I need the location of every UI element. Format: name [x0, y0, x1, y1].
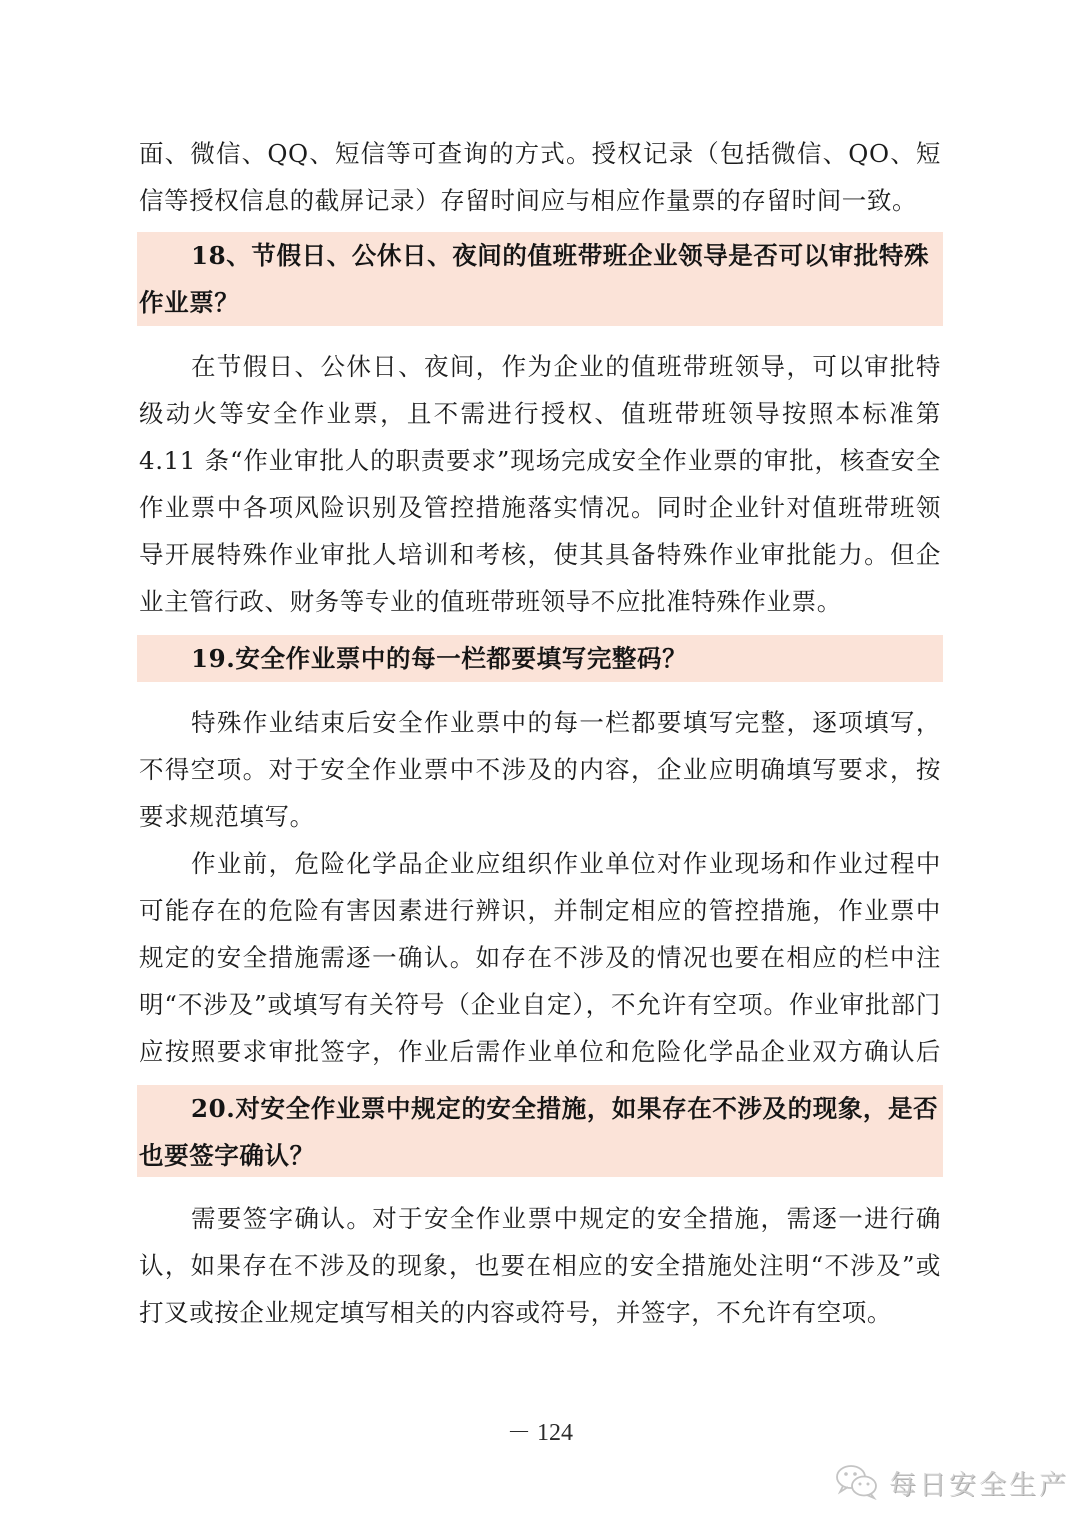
- question-text: 20.对安全作业票中规定的安全措施，如果存在不涉及的现象，是否也要签字确认？: [139, 1085, 941, 1179]
- answer-block-19: 特殊作业结束后安全作业票中的每一栏都要填写完整，逐项填写，不得空项。对于安全作业…: [137, 699, 943, 1122]
- watermark-text: 每日安全生产: [889, 1463, 1069, 1502]
- paragraph: 需要签字确认。对于安全作业票中规定的安全措施，需逐一进行确认，如果存在不涉及的现…: [137, 1195, 943, 1336]
- question-text: 19.安全作业票中的每一栏都要填写完整码？: [139, 635, 941, 682]
- question-heading-19: 19.安全作业票中的每一栏都要填写完整码？: [137, 635, 943, 682]
- question-heading-18: 18、节假日、公休日、夜间的值班带班企业领导是否可以审批特殊作业票？: [137, 232, 943, 326]
- question-text: 18、节假日、公休日、夜间的值班带班企业领导是否可以审批特殊作业票？: [139, 232, 941, 326]
- answer-block-18: 在节假日、公休日、夜间，作为企业的值班带班领导，可以审批特级动火等安全作业票，且…: [137, 343, 943, 625]
- paragraph: 作业前，危险化学品企业应组织作业单位对作业现场和作业过程中可能存在的危险有害因素…: [137, 840, 943, 1122]
- document-page: 面、微信、QQ、短信等可查询的方式。授权记录（包括微信、QO、短信等授权信息的截…: [0, 0, 1080, 1528]
- paragraph: 在节假日、公休日、夜间，作为企业的值班带班领导，可以审批特级动火等安全作业票，且…: [137, 343, 943, 625]
- paragraph: 面、微信、QQ、短信等可查询的方式。授权记录（包括微信、QO、短信等授权信息的截…: [137, 130, 943, 224]
- question-heading-20: 20.对安全作业票中规定的安全措施，如果存在不涉及的现象，是否也要签字确认？: [137, 1085, 943, 1177]
- paragraph: 特殊作业结束后安全作业票中的每一栏都要填写完整，逐项填写，不得空项。对于安全作业…: [137, 699, 943, 840]
- intro-continuation-block: 面、微信、QQ、短信等可查询的方式。授权记录（包括微信、QO、短信等授权信息的截…: [137, 130, 943, 224]
- wechat-icon: [835, 1464, 879, 1500]
- answer-block-20: 需要签字确认。对于安全作业票中规定的安全措施，需逐一进行确认，如果存在不涉及的现…: [137, 1195, 943, 1336]
- page-number: － 124: [0, 1418, 1080, 1448]
- watermark: 每日安全生产: [835, 1460, 1069, 1504]
